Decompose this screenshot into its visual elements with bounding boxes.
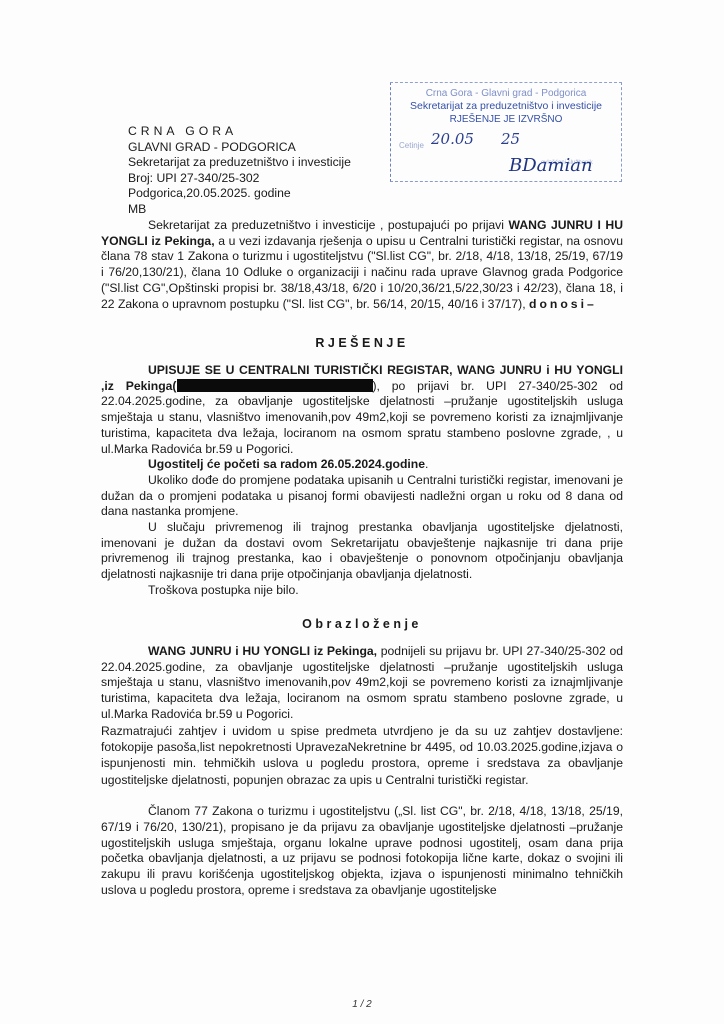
decision-p3: Ukoliko dođe do promjene podataka upisan…: [101, 473, 623, 520]
decision-section: UPISUJE SE U CENTRALNI TURISTIČKI REGIST…: [101, 363, 623, 599]
decision-title: RJEŠENJE: [101, 336, 623, 350]
header-case-number: Broj: UPI 27-340/25-302: [128, 171, 351, 187]
decision-p4: U slučaju privremenog ili trajnog presta…: [101, 520, 623, 583]
reasoning-p3: Članom 77 Zakona o turizmu i ugostiteljs…: [101, 804, 623, 898]
decision-start-date: Ugostitelj će početi sa radom 26.05.2024…: [148, 457, 425, 471]
enforceability-stamp: Crna Gora - Glavni grad - Podgorica Sekr…: [390, 82, 622, 182]
header-department: Sekretarijat za preduzetništvo i investi…: [128, 155, 351, 171]
stamp-line-2: Sekretarijat za preduzetništvo i investi…: [391, 100, 621, 113]
reasoning-section: WANG JUNRU i HU YONGLI iz Pekinga, podni…: [101, 644, 623, 898]
intro-paragraph: Sekretarijat za preduzetništvo i investi…: [101, 218, 623, 312]
reasoning-p2: Razmatrajući zahtjev i uvidom u spise pr…: [101, 723, 623, 789]
intro-donosi: donosi–: [529, 297, 597, 311]
stamp-date-label: Cetinje: [399, 141, 424, 150]
redacted-block: [177, 379, 373, 392]
decision-p5: Troškova postupka nije bilo.: [101, 583, 623, 599]
page-number: 1 / 2: [0, 999, 724, 1010]
reasoning-applicants: WANG JUNRU i HU YONGLI iz Pekinga,: [148, 644, 377, 658]
stamp-date-row: Cetinje 20.05 25: [399, 139, 615, 152]
stamp-line-1: Crna Gora - Glavni grad - Podgorica: [391, 87, 621, 100]
header-country: CRNA GORA: [128, 124, 351, 140]
stamp-handwritten-year: 25: [501, 133, 520, 146]
stamp-signature: BDamian: [509, 159, 593, 172]
header-place-date: Podgorica,20.05.2025. godine: [128, 186, 351, 202]
stamp-handwritten-date: 20.05: [431, 133, 474, 146]
stamp-line-3: RJEŠENJE JE IZVRŠNO: [391, 113, 621, 126]
intro-text-a: Sekretarijat za preduzetništvo i investi…: [148, 218, 509, 232]
reasoning-title: Obrazloženje: [101, 617, 623, 631]
document-page: Crna Gora - Glavni grad - Podgorica Sekr…: [0, 0, 724, 1024]
header-city: GLAVNI GRAD - PODGORICA: [128, 140, 351, 156]
document-header: CRNA GORA GLAVNI GRAD - PODGORICA Sekret…: [128, 124, 351, 218]
header-initials: MB: [128, 202, 351, 218]
decision-p2-end: .: [425, 457, 428, 471]
